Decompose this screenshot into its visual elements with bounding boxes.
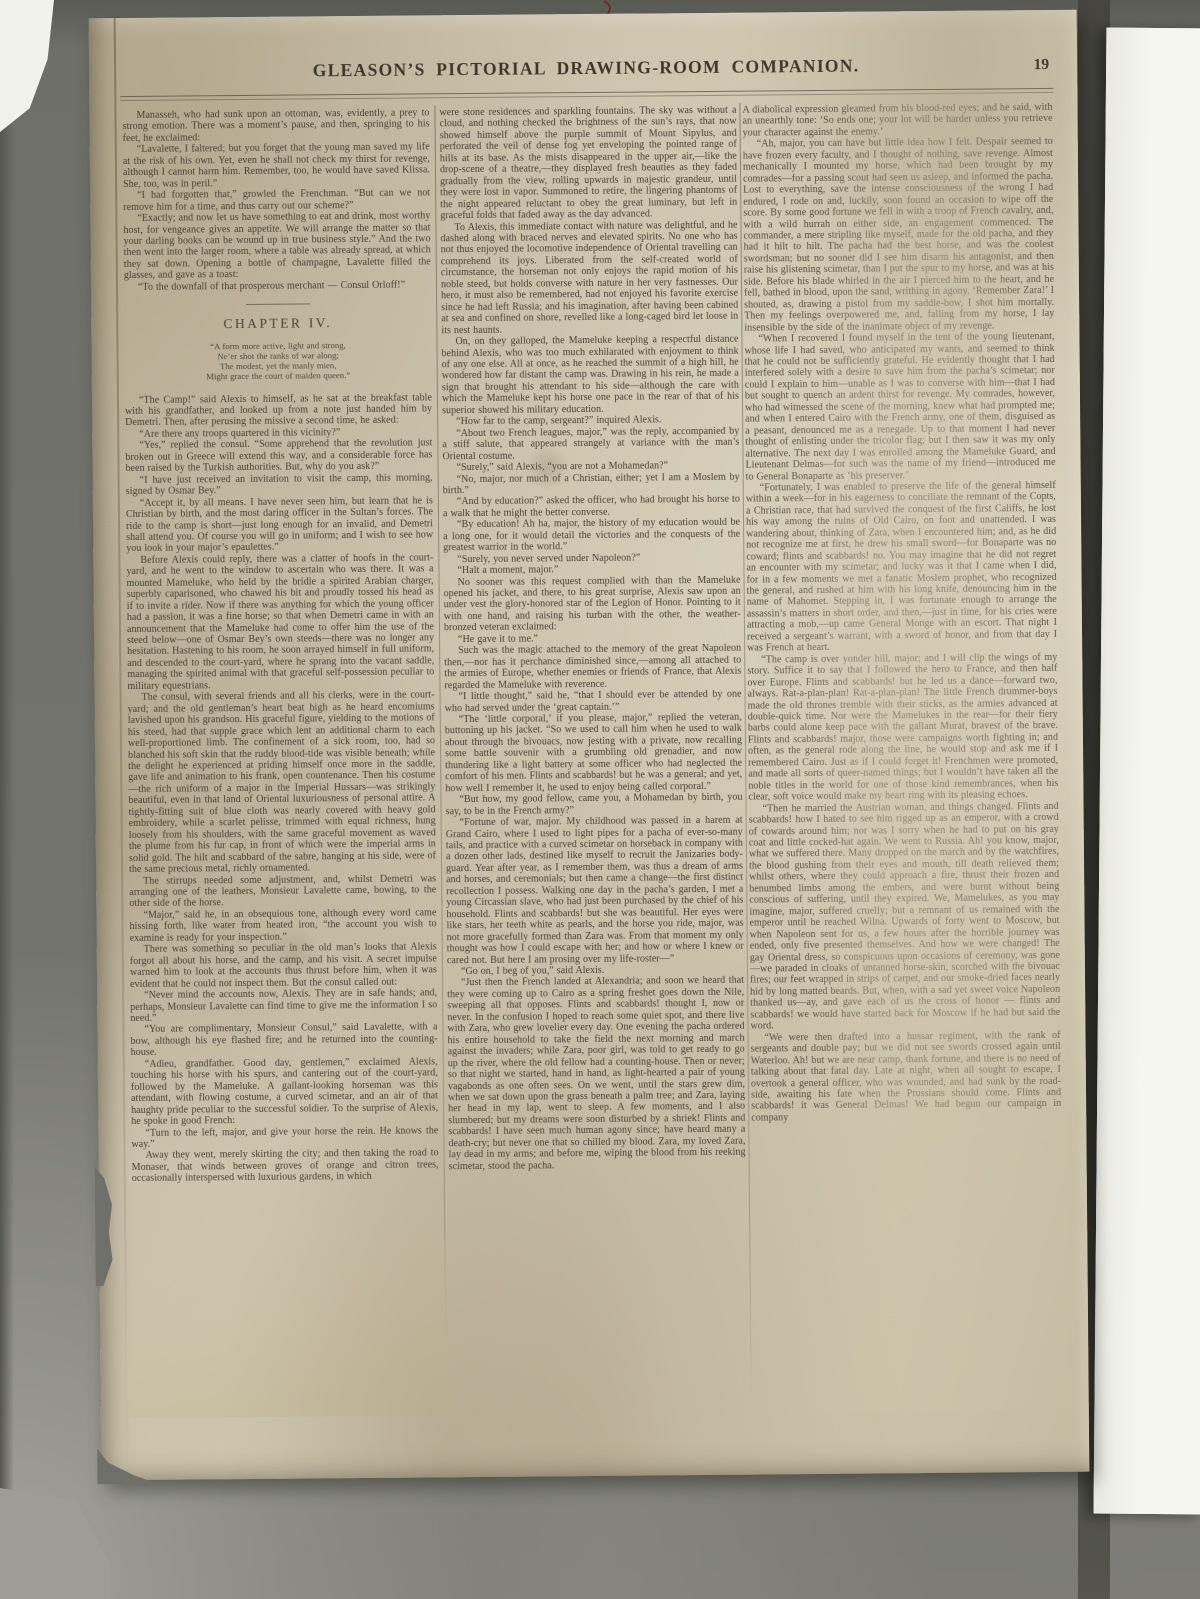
paragraph: “The camp is over yonder hill, major; an… [747, 652, 1058, 804]
paragraph: “No, major, nor much of a Christian, eit… [443, 471, 740, 496]
paragraph: “I had forgotten that,” growled the Fren… [123, 188, 430, 214]
paper-tear [95, 1166, 113, 1286]
paragraph: To Alexis, this immediate contact with n… [440, 219, 738, 336]
paragraph: On, on they galloped, the Mameluke keepi… [441, 334, 739, 417]
page-number: 19 [1034, 56, 1050, 74]
paragraph: “I have just received an invitation to v… [126, 472, 433, 498]
paragraph: “But how, my good fellow, came you, a Mo… [445, 792, 742, 817]
paragraph: “Turn to the left, major, and give your … [131, 1125, 438, 1151]
column-3: A diabolical expression gleamed from his… [742, 102, 1063, 1411]
paragraph: The consul, with several friends and all… [128, 690, 437, 876]
backdrop-light-patch [0, 1488, 110, 1599]
paragraph: “Yes,” replied the consul. “Some apprehe… [125, 438, 432, 475]
newspaper-page: GLEASON’S PICTORIAL DRAWING-ROOM COMPANI… [89, 10, 1090, 1481]
column-2: were stone residences and sparkling foun… [439, 105, 747, 1414]
masthead-title: GLEASON’S PICTORIAL DRAWING-ROOM COMPANI… [122, 54, 1050, 83]
paragraph: Before Alexis could reply, there was a c… [126, 552, 434, 692]
paragraph: No sooner was this request complied with… [444, 574, 741, 634]
paragraph: “Then he married the Austrian woman, and… [749, 801, 1061, 1033]
paragraph: “Major,” said he, in an obsequious tone,… [129, 907, 436, 944]
paragraph: “Exactly; and now let us have something … [123, 210, 431, 281]
section-divider [246, 304, 310, 306]
paragraph: Away they went, merely skirting the city… [132, 1148, 439, 1185]
paragraph: Manasseh, who had sunk upon an ottoman, … [122, 107, 429, 144]
paragraph: The stirrups needed some adjustment, and… [129, 873, 436, 910]
paragraph: “By education! Ah ha, major, the history… [443, 517, 740, 554]
paragraph-group-opening: Manasseh, who had sunk upon an ottoman, … [122, 107, 431, 293]
chapter-epigraph: “A form more active, light and strong,Ne… [124, 339, 431, 382]
column-1: Manasseh, who had sunk upon an ottoman, … [122, 107, 440, 1416]
photo-backdrop: GLEASON’S PICTORIAL DRAWING-ROOM COMPANI… [0, 0, 1200, 1599]
header-rule [120, 88, 1053, 101]
paragraph: “To the downfall of that prosperous merc… [124, 279, 431, 293]
paragraph: “Fortune of war, major. My childhood was… [446, 815, 744, 966]
paragraph: “Never mind the accounts now, Alexis. Th… [130, 987, 437, 1024]
paragraph: “When I recovered I found myself in the … [744, 331, 1055, 483]
paragraph: A diabolical expression gleamed from his… [742, 102, 1052, 139]
backdrop-shadow-left [0, 120, 14, 1520]
paragraph: “Fortunately, I was enabled to preserve … [746, 480, 1057, 654]
paragraph: “The ‘little corporal,’ if you please, m… [445, 712, 743, 795]
paragraph: “You are complimentary, Monsieur Consul,… [130, 1022, 437, 1059]
paragraph-group-chapter: “The Camp!” said Alexis to himself, as h… [125, 392, 439, 1185]
epigraph-line: Might grace the court of maiden queen.” [125, 370, 432, 383]
paragraph: “And by education?” asked the officer, w… [443, 494, 740, 519]
chapter-heading: CHAPTER IV. [124, 317, 431, 331]
paragraph: “Adieu, grandfather. Good day, gentlemen… [131, 1056, 439, 1127]
paragraph: were stone residences and sparkling foun… [439, 105, 737, 222]
paragraph: “Accept it, by all means. I have never s… [126, 495, 433, 555]
paragraph: “We were then drafted into a hussar regi… [751, 1030, 1062, 1124]
paragraph: “Ah, major, you can have but little idea… [743, 136, 1055, 333]
paragraph: “Just then the French landed at Alexandr… [447, 975, 746, 1172]
paragraph: Such was the magic attached to the memor… [444, 643, 741, 691]
paragraph: “Lavalette, I faltered; but you forget t… [123, 142, 430, 190]
paragraph: “The Camp!” said Alexis to himself, as h… [125, 392, 432, 429]
paragraph: “I little thought,” said he, “that I sho… [445, 689, 742, 714]
adjacent-page-edge [1094, 28, 1200, 1515]
paragraph: “About two French leagues, major,” was t… [442, 425, 739, 462]
backdrop-white-patch [0, 0, 54, 132]
paragraph: There was something so peculiar in the o… [130, 942, 437, 990]
